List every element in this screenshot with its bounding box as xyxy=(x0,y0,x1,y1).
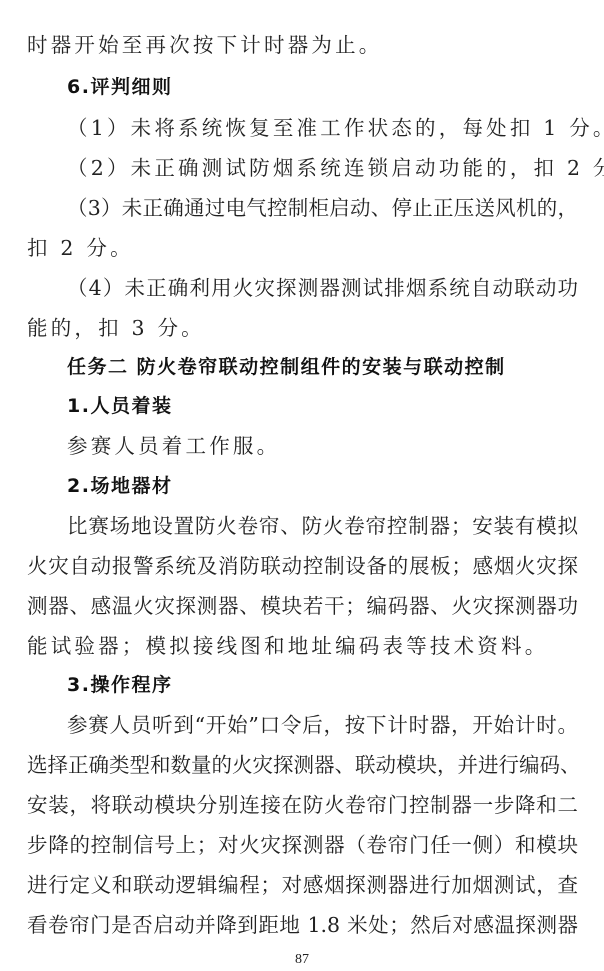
paragraph-line: 火灾自动报警系统及消防联动控制设备的展板；感烟火灾探 xyxy=(27,554,578,578)
paragraph-line: 参赛人员听到“开始”口令后，按下计时器，开始计时。 xyxy=(67,713,578,737)
section-heading-judging-rules: 6.评判细则 xyxy=(67,75,172,99)
rule-item-4-cont: 能的，扣 3 分。 xyxy=(27,316,205,340)
section-heading-procedure: 3.操作程序 xyxy=(67,673,172,697)
paragraph-line: 步降的控制信号上；对火灾探测器（卷帘门任一侧）和模块 xyxy=(27,833,578,857)
paragraph-line: 能试验器；模拟接线图和地址编码表等技术资料。 xyxy=(27,634,548,658)
section-heading-attire: 1.人员着装 xyxy=(67,394,172,418)
paragraph-line: 比赛场地设置防火卷帘、防火卷帘控制器；安装有模拟 xyxy=(67,514,578,538)
paragraph-line: 安装，将联动模块分别连接在防火卷帘门控制器一步降和二 xyxy=(27,793,578,817)
rule-item-3: （3）未正确通过电气控制柜启动、停止正压送风机的， xyxy=(67,196,578,220)
rule-item-2: （2）未正确测试防烟系统连锁启动功能的，扣 2 分。 xyxy=(67,156,604,180)
paragraph-line: 测器、感温火灾探测器、模块若干；编码器、火灾探测器功 xyxy=(27,594,578,618)
paragraph-line: 进行定义和联动逻辑编程；对感烟探测器进行加烟测试，查 xyxy=(27,873,578,897)
section-heading-venue-equipment: 2.场地器材 xyxy=(67,474,172,498)
paragraph-line: 选择正确类型和数量的火灾探测器、联动模块，并进行编码、 xyxy=(27,753,578,777)
rule-item-1: （1）未将系统恢复至准工作状态的，每处扣 1 分。 xyxy=(67,116,604,140)
task-two-heading: 任务二 防火卷帘联动控制组件的安装与联动控制 xyxy=(67,355,506,379)
rule-item-4: （4）未正确利用火灾探测器测试排烟系统自动联动功 xyxy=(67,276,578,300)
paragraph-line: 看卷帘门是否启动并降到距地 1.8 米处；然后对感温探测器 xyxy=(27,913,578,937)
paragraph-line: 参赛人员着工作服。 xyxy=(67,434,280,458)
rule-item-3-cont: 扣 2 分。 xyxy=(27,236,134,260)
paragraph-line: 时器开始至再次按下计时器为止。 xyxy=(27,33,383,57)
page-number: 87 xyxy=(0,952,604,968)
